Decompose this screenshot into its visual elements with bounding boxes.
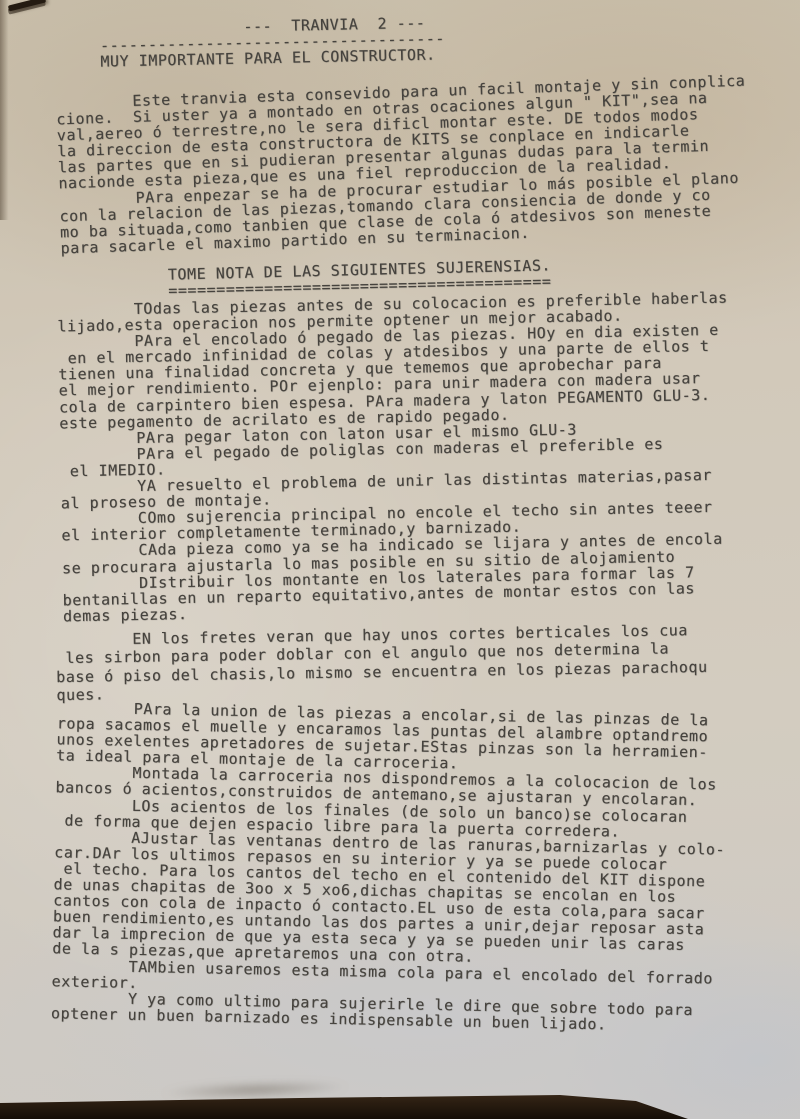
- intro-paragraph: Este tranvia esta consevido para un faci…: [56, 73, 751, 257]
- scanned-document-photo: --- TRANVIA 2 --- ----------------------…: [0, 0, 800, 1119]
- document-title: --- TRANVIA 2 --- ----------------------…: [100, 14, 446, 69]
- assembly-paragraphs: PAra la union de las piezas a encolar,si…: [51, 699, 728, 1034]
- suggestions-paragraphs: TOdas las piezas antes de su colocacion …: [57, 290, 734, 625]
- fronts-paragraph: EN los fretes veran que hay unos cortes …: [55, 621, 708, 705]
- page-edge-shadow: [0, 0, 10, 220]
